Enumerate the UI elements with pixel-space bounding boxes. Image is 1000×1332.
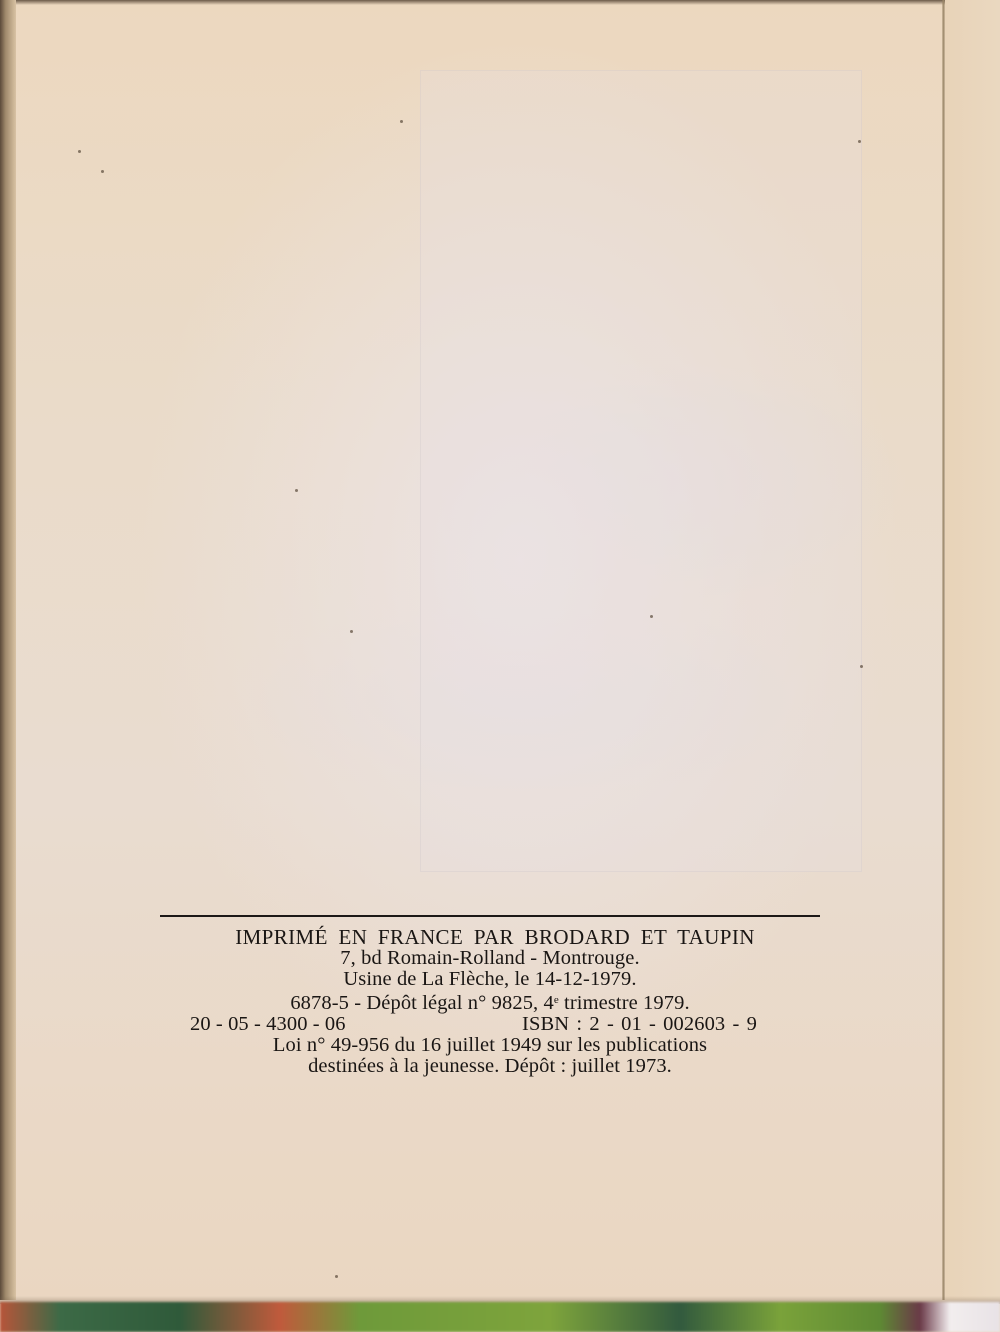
book-page: IMPRIMÉ EN FRANCE PAR BRODARD ET TAUPIN …	[0, 0, 1000, 1332]
paper-speck	[858, 140, 861, 143]
paper-speck	[650, 615, 653, 618]
colophon-block: IMPRIMÉ EN FRANCE PAR BRODARD ET TAUPIN …	[160, 915, 820, 1077]
law-reference: Loi n° 49-956 du 16 juillet 1949 sur les…	[160, 1035, 820, 1056]
page-top-edge	[0, 0, 1000, 5]
paper-speck	[400, 120, 403, 123]
paper-speck	[335, 1275, 338, 1278]
paper-speck	[860, 665, 863, 668]
isbn: ISBN : 2 - 01 - 002603 - 9	[522, 1014, 757, 1035]
paper-speck	[350, 630, 353, 633]
paper-speck	[78, 150, 81, 153]
book-cover-edge	[0, 1302, 1000, 1332]
catalog-number: 20 - 05 - 4300 - 06	[190, 1014, 346, 1035]
show-through-illustration	[420, 70, 862, 872]
paper-speck	[295, 489, 298, 492]
law-reference-continued: destinées à la jeunesse. Dépôt : juillet…	[160, 1056, 820, 1077]
facing-page-edge	[945, 0, 1000, 1300]
factory-date: Usine de La Flèche, le 14-12-1979.	[160, 969, 820, 990]
page-left-edge	[0, 0, 16, 1300]
catalog-isbn-line: 20 - 05 - 4300 - 06 ISBN : 2 - 01 - 0026…	[160, 1014, 820, 1035]
printer-line: IMPRIMÉ EN FRANCE PAR BRODARD ET TAUPIN	[160, 927, 820, 948]
paper-speck	[101, 170, 104, 173]
printer-address: 7, bd Romain-Rolland - Montrouge.	[160, 948, 820, 969]
legal-deposit: 6878-5 - Dépôt légal n° 9825, 4e trimest…	[160, 990, 820, 1014]
horizontal-rule	[160, 915, 820, 917]
